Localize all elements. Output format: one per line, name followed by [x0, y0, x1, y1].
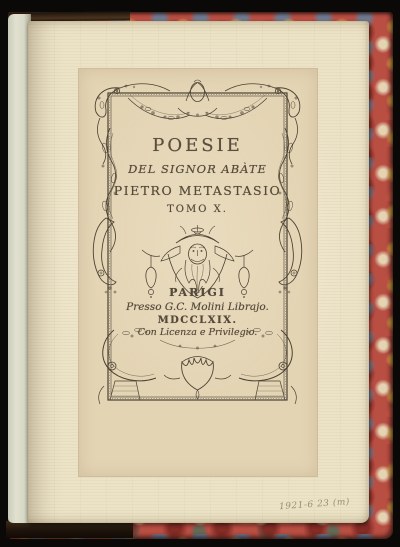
imprint-city: PARIGI: [98, 287, 297, 298]
imprint-license: Con Licenza e Privilegio.: [98, 327, 297, 338]
book-title: POESIE: [98, 136, 297, 155]
imprint-publisher: Presso G.C. Molini Librajo.: [98, 301, 297, 313]
rococo-frame-engraving: [90, 78, 305, 418]
book-scan: POESIE DEL SIGNOR ABÀTE PIETRO METASTASI…: [0, 0, 400, 547]
board-edge-bottom: [6, 521, 133, 538]
volume-number: TOMO X.: [98, 204, 297, 215]
book-author: PIETRO METASTASIO: [98, 184, 297, 197]
book-subtitle: DEL SIGNOR ABÀTE: [98, 163, 297, 175]
imprint-year: MDCCLXIX.: [98, 315, 297, 326]
ornament-centre: [160, 80, 235, 399]
